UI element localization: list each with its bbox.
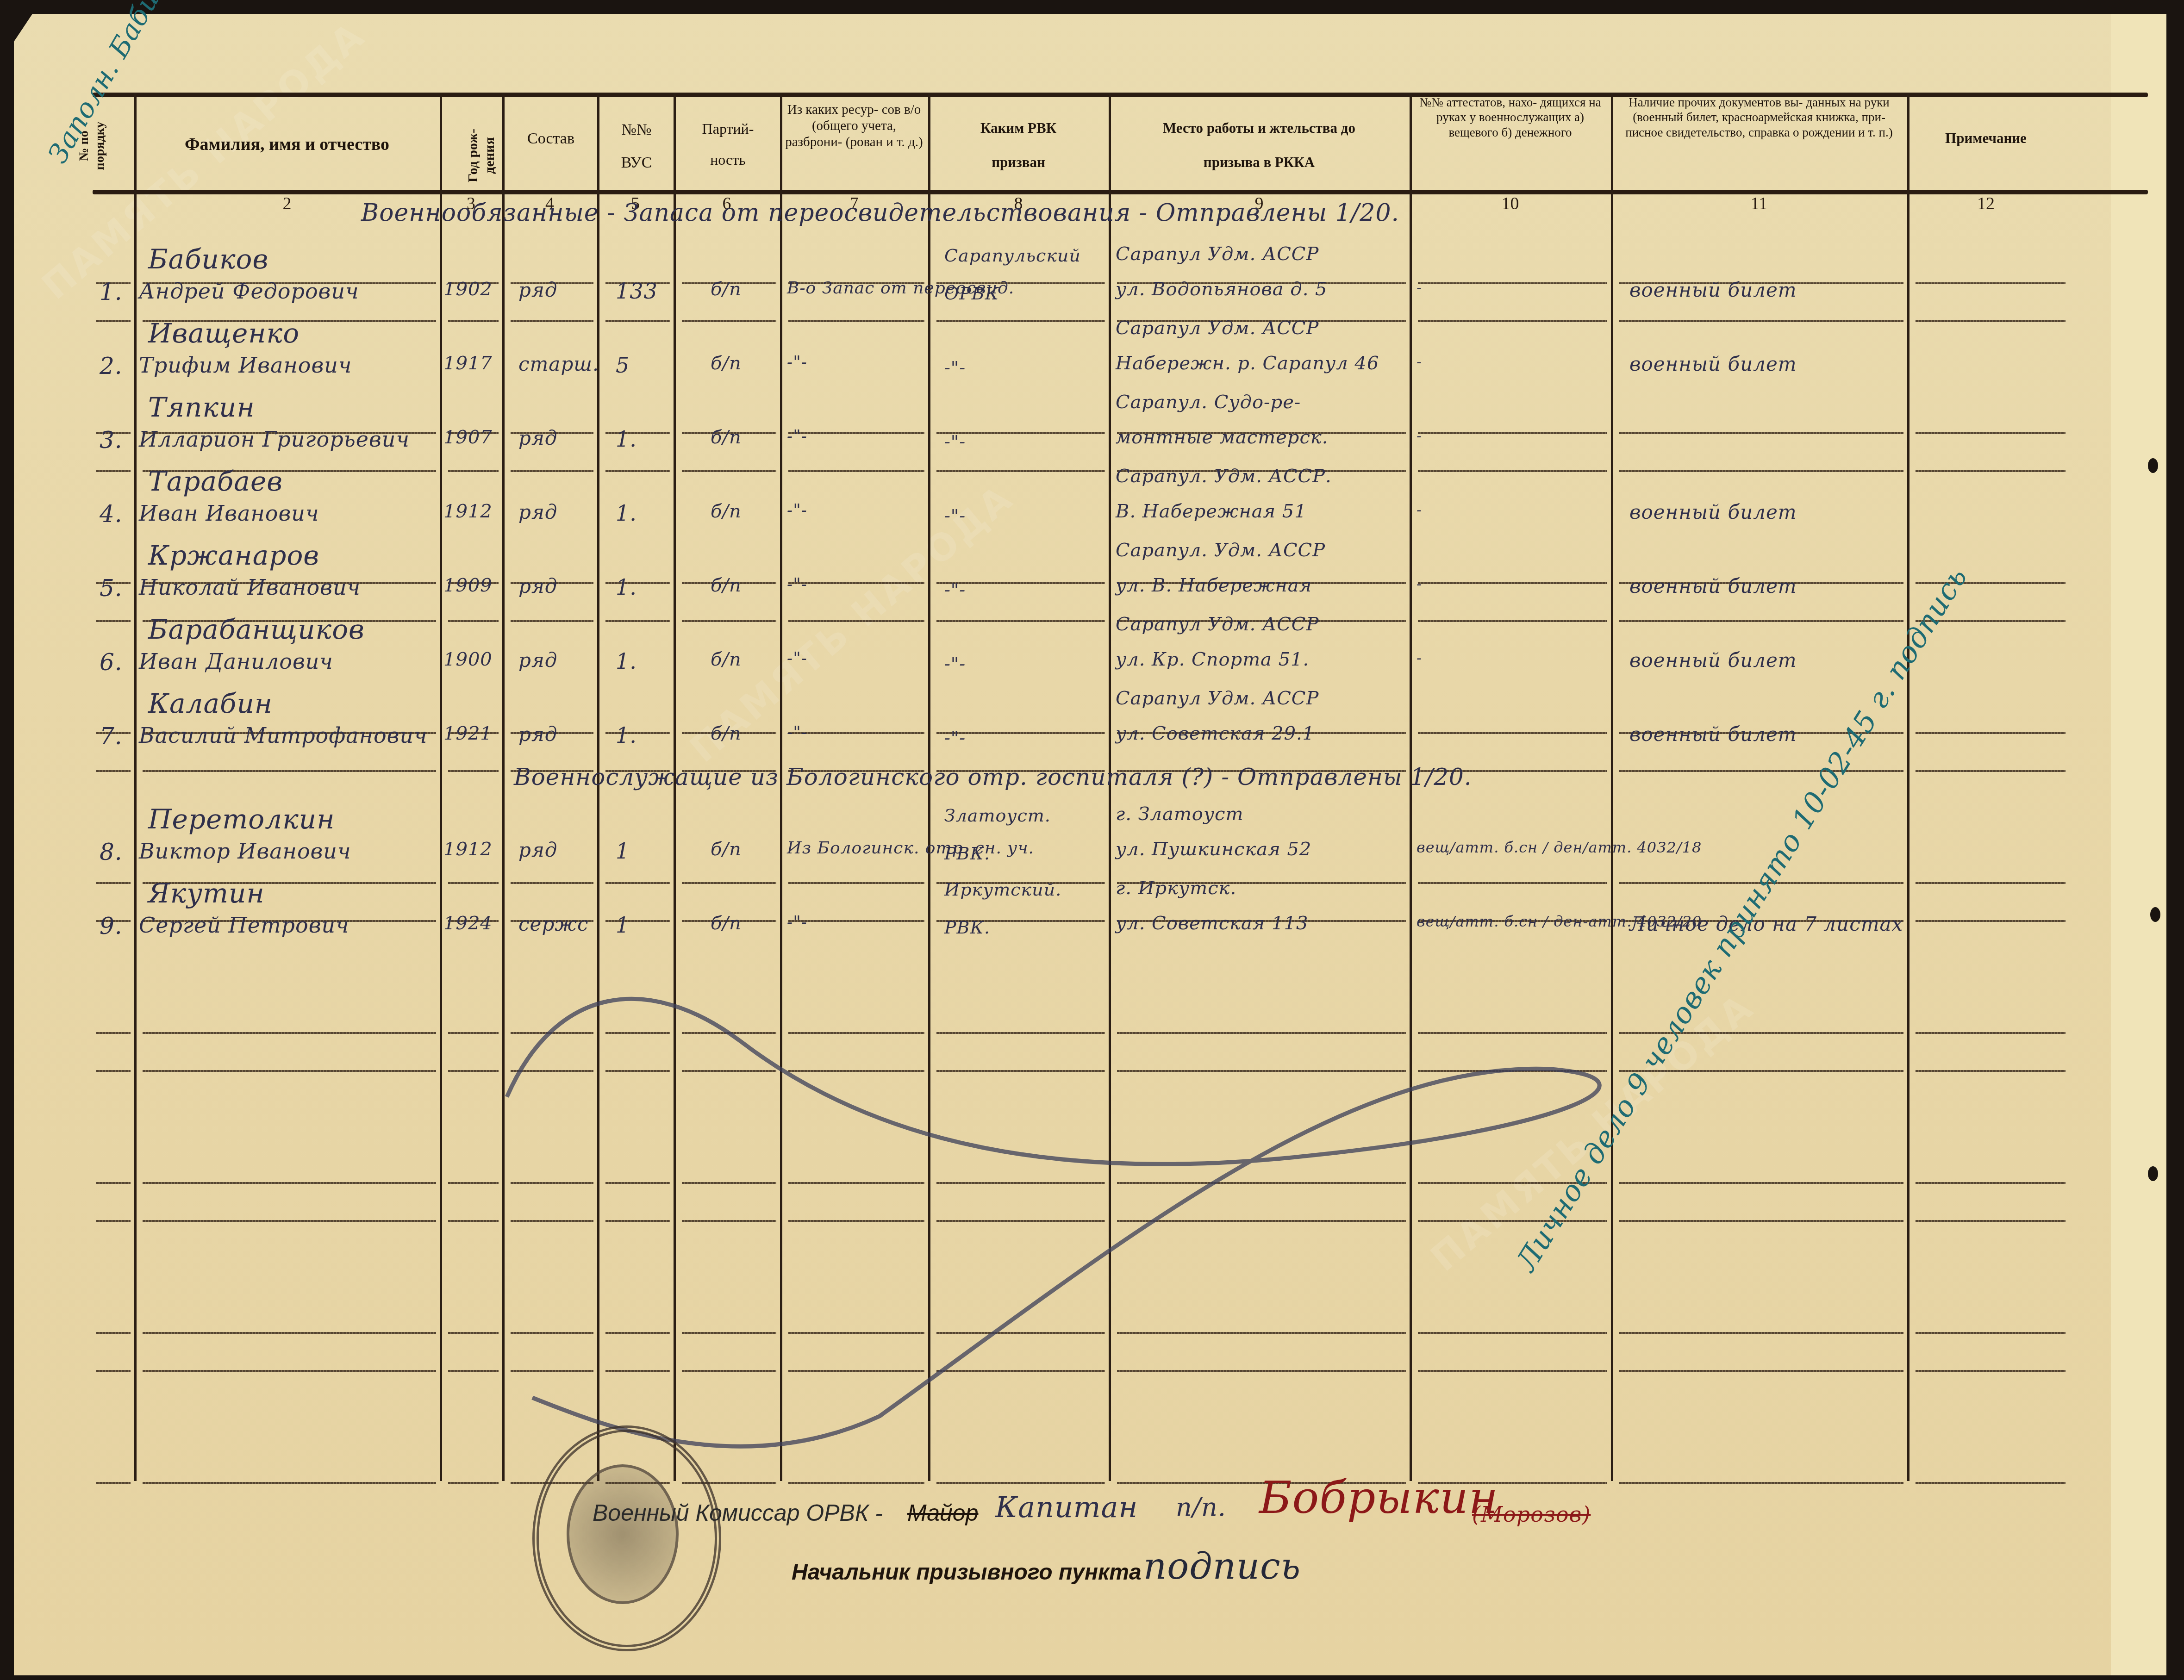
cell-sostav: ряд [518, 839, 557, 861]
ruled-line [605, 1182, 670, 1184]
cell-year: 1900 [443, 649, 493, 670]
section-heading-2: Военнослужащие из Бологинского отр. госп… [514, 764, 1472, 790]
cell-resource: -"- [787, 353, 807, 372]
ruled-line [1916, 282, 2065, 284]
cell-addr1: Сарапул. Удм. АССР. [1116, 466, 1332, 487]
ruled-line [1619, 620, 1903, 622]
cell-vus: 1. [616, 723, 637, 748]
cell-rvk: -"- [944, 505, 966, 526]
ruled-line [511, 620, 593, 622]
ruled-line [96, 1070, 131, 1072]
ruled-line [1418, 1332, 1607, 1334]
cell-name: Иван Данилович [139, 649, 333, 674]
point-chief-label: Начальник призывного пункта [792, 1560, 1142, 1585]
cell-no: 7. [100, 723, 123, 750]
cell-no: 8. [100, 839, 123, 865]
cell-vus: 133 [616, 279, 658, 304]
cell-party: б/п [711, 427, 742, 448]
col9-header: Место работы и жтельства допризыва в РКК… [1111, 111, 1407, 180]
ruled-line [682, 1220, 776, 1222]
rank-struck: Майор [907, 1500, 978, 1526]
ruled-line [1619, 432, 1903, 434]
ruled-line [1619, 1332, 1903, 1334]
ruled-line [1619, 1220, 1903, 1222]
ruled-line [448, 470, 499, 472]
cell-rvk: -"- [944, 357, 966, 378]
ruled-line [1117, 1070, 1406, 1072]
ruled-line [605, 582, 670, 584]
signature-note: п/п. [1176, 1493, 1226, 1522]
cell-rvk: РВК. [944, 843, 990, 864]
ruled-line [682, 882, 776, 884]
ruled-line [1117, 1370, 1406, 1372]
ruled-line [788, 882, 924, 884]
ruled-line [1418, 582, 1607, 584]
ruled-line [1619, 1182, 1903, 1184]
ruled-line [936, 320, 1105, 322]
cell-attest: - [1416, 353, 1422, 370]
cell-resource: Из Бологинск. отр. сн. уч. [787, 839, 1034, 858]
col6-header: Партий-ность [676, 113, 780, 175]
ruled-line [96, 470, 131, 472]
ruled-line [1916, 882, 2065, 884]
ruled-line [605, 320, 670, 322]
ruled-line [788, 1482, 924, 1484]
cell-year: 1921 [443, 723, 493, 744]
ruled-line [511, 1182, 593, 1184]
ruled-line [96, 770, 131, 772]
ruled-line [936, 1482, 1105, 1484]
ruled-line [448, 1332, 499, 1334]
ruled-line [143, 1332, 436, 1334]
col-number: 10 [1410, 193, 1611, 214]
cell-rvk: Сарапульский [944, 245, 1081, 266]
ruled-line [448, 1220, 499, 1222]
ruled-line [448, 882, 499, 884]
ruled-line [1916, 770, 2065, 772]
cell-party: б/п [711, 501, 742, 522]
cell-name: Василий Митрофанович [139, 723, 428, 748]
cell-addr2: ул. Кр. Спорта 51. [1116, 649, 1309, 670]
cell-docs: военный билет [1629, 649, 1797, 672]
ruled-line [96, 882, 131, 884]
cell-attest: - [1416, 501, 1422, 518]
cell-rvk: Иркутский. [944, 879, 1061, 900]
ruled-line [788, 1182, 924, 1184]
ruled-line [682, 1070, 776, 1072]
ruled-line [96, 1370, 131, 1372]
ruled-line [448, 1032, 499, 1034]
ruled-line [1117, 1220, 1406, 1222]
col8-header: Каким РВКпризван [930, 111, 1106, 180]
ruled-line [936, 1070, 1105, 1072]
ruled-line [511, 1070, 593, 1072]
ruled-line [1916, 432, 2065, 434]
cell-surname: Бабиков [148, 243, 268, 275]
cell-party: б/п [711, 649, 742, 670]
ruled-line [1916, 1032, 2065, 1034]
ruled-line [936, 1370, 1105, 1372]
ruled-line [788, 1332, 924, 1334]
cell-vus: 1. [616, 427, 637, 452]
cell-sostav: сержс [518, 913, 589, 935]
ruled-line [1619, 470, 1903, 472]
col5-header: №№ВУС [599, 113, 674, 180]
punch-hole [2148, 1166, 2158, 1181]
name-struck: (Морозов) [1472, 1502, 1591, 1527]
cell-year: 1907 [443, 427, 493, 448]
ruled-line [1418, 1370, 1607, 1372]
ruled-line [1916, 1182, 2065, 1184]
ruled-line [605, 732, 670, 734]
ruled-line [1916, 1070, 2065, 1072]
col3-header: Год рож-дения [465, 116, 498, 195]
cell-addr2: ул. Водопьянова д. 5 [1116, 279, 1328, 300]
ruled-line [682, 470, 776, 472]
cell-docs: военный билет [1629, 501, 1797, 523]
cell-attest: - [1416, 649, 1422, 666]
cell-vus: 1. [616, 649, 637, 674]
cell-year: 1912 [443, 839, 493, 860]
official-seal [532, 1425, 721, 1651]
cell-addr1: Сарапул. Удм. АССР [1116, 540, 1325, 561]
cell-rvk: -"- [944, 431, 966, 452]
cell-party: б/п [711, 575, 742, 596]
ruled-line [143, 1220, 436, 1222]
cell-no: 5. [100, 575, 123, 602]
ruled-line [1418, 432, 1607, 434]
cell-sostav: старш. [518, 353, 599, 375]
cell-resource: -"- [787, 501, 807, 520]
ruled-line [96, 320, 131, 322]
col-number: 11 [1611, 193, 1907, 214]
cell-addr1: Сарапул Удм. АССР [1116, 614, 1319, 635]
cell-sostav: ряд [518, 501, 557, 523]
ruled-line [1117, 1182, 1406, 1184]
cell-docs: военный билет [1629, 279, 1797, 301]
ruled-line [682, 320, 776, 322]
cell-surname: Тарабаев [148, 466, 283, 497]
rank-handwritten: Капитан [995, 1490, 1138, 1524]
cell-year: 1917 [443, 353, 493, 374]
ruled-line [1916, 1332, 2065, 1334]
ruled-line [936, 1032, 1105, 1034]
cell-year: 1909 [443, 575, 493, 596]
ruled-line [788, 470, 924, 472]
ruled-line [511, 882, 593, 884]
ruled-line [448, 1370, 499, 1372]
ruled-line [1418, 282, 1607, 284]
ruled-line [448, 1182, 499, 1184]
ruled-line [1916, 1370, 2065, 1372]
cell-year: 1902 [443, 279, 493, 300]
ruled-line [788, 1070, 924, 1072]
cell-surname: Якутин [148, 877, 265, 909]
ruled-line [605, 1332, 670, 1334]
ruled-line [511, 320, 593, 322]
ruled-line [1916, 920, 2065, 922]
ruled-line [143, 1370, 436, 1372]
ruled-line [1117, 1332, 1406, 1334]
ruled-line [1619, 770, 1903, 772]
cell-name: Иван Иванович [139, 501, 319, 526]
ruled-line [448, 770, 499, 772]
cell-addr1: Сарапул Удм. АССР [1116, 317, 1319, 339]
ruled-line [605, 1220, 670, 1222]
cell-addr1: Сарапул. Судо-ре- [1116, 392, 1301, 413]
cell-addr2: ул. Пушкинская 52 [1116, 839, 1311, 860]
cell-rvk: -"- [944, 579, 966, 600]
ruled-line [788, 620, 924, 622]
ruled-line [1418, 882, 1607, 884]
ruled-line [448, 1070, 499, 1072]
cell-year: 1924 [443, 913, 493, 934]
cell-name: Виктор Иванович [139, 839, 351, 864]
cell-addr2: В. Набережная 51 [1116, 501, 1307, 522]
cell-rvk: -"- [944, 728, 966, 748]
cell-sostav: ряд [518, 279, 557, 301]
cell-attest: - [1416, 427, 1422, 444]
ruled-line [936, 1220, 1105, 1222]
cell-vus: 1 [616, 839, 630, 864]
ruled-line [96, 620, 131, 622]
cell-rvk: РВК. [944, 917, 990, 938]
cell-resource: -"- [787, 427, 807, 446]
cell-addr2: ул. В. Набережная [1116, 575, 1312, 596]
col11-header: Наличие прочих документов вы- данных на … [1613, 95, 1905, 140]
cell-resource: -"- [787, 575, 807, 594]
cell-addr2: Набережн. р. Сарапул 46 [1116, 353, 1379, 374]
ruled-line [1418, 620, 1607, 622]
cell-vus: 1 [616, 913, 630, 938]
cell-rvk: -"- [944, 653, 966, 674]
ruled-line [1117, 1032, 1406, 1034]
ruled-line [682, 1032, 776, 1034]
cell-party: б/п [711, 279, 742, 300]
ruled-line [1916, 1220, 2065, 1222]
ruled-line [1619, 1482, 1903, 1484]
cell-docs: военный билет [1629, 353, 1797, 375]
punch-hole [2148, 458, 2158, 473]
cell-name: Николай Иванович [139, 575, 361, 600]
cell-party: б/п [711, 353, 742, 374]
ruled-line [1916, 732, 2065, 734]
ruled-line [788, 920, 924, 922]
cell-sostav: ряд [518, 649, 557, 672]
ruled-line [936, 1182, 1105, 1184]
cell-year: 1912 [443, 501, 493, 522]
ruled-line [682, 1182, 776, 1184]
commissar-label: Военный Комиссар ОРВК - [593, 1500, 883, 1526]
ruled-line [682, 1370, 776, 1372]
ruled-line [96, 1220, 131, 1222]
cell-docs: военный билет [1629, 723, 1797, 746]
ruled-line [1619, 1370, 1903, 1372]
cell-vus: 5 [616, 353, 630, 378]
cell-surname: Иващенко [148, 317, 300, 349]
cell-no: 1. [100, 279, 123, 305]
ruled-line [96, 1332, 131, 1334]
ruled-line [605, 882, 670, 884]
ruled-line [605, 1032, 670, 1034]
ruled-line [143, 1070, 436, 1072]
col10-header: №№ аттестатов, нахо- дящихся на руках у … [1412, 95, 1609, 140]
cell-name: Андрей Федорович [139, 279, 359, 304]
ruled-line [682, 1332, 776, 1334]
cell-no: 6. [100, 649, 123, 676]
ruled-line [936, 1332, 1105, 1334]
cell-addr1: Сарапул Удм. АССР [1116, 243, 1319, 265]
cell-attest: вещ/атт. б.сн / ден/атт. 4032/18 [1416, 839, 1702, 856]
page-edge [2111, 14, 2166, 1675]
cell-no: 2. [100, 353, 123, 380]
cell-surname: Барабанщиков [148, 614, 365, 645]
ruled-line [143, 1032, 436, 1034]
cell-surname: Перетолкин [148, 803, 335, 835]
cell-surname: Тяпкин [148, 392, 255, 423]
cell-sostav: ряд [518, 427, 557, 449]
cell-no: 4. [100, 501, 123, 528]
ruled-line [788, 732, 924, 734]
col7-header: Из каких ресур- сов в/о (общего учета, р… [785, 102, 924, 150]
ruled-line [788, 1370, 924, 1372]
cell-party: б/п [711, 913, 742, 934]
cell-rvk: Златоуст. [944, 805, 1051, 826]
ruled-line [788, 320, 924, 322]
ruled-line [96, 1182, 131, 1184]
ruled-line [143, 1182, 436, 1184]
punch-hole [2150, 907, 2160, 922]
ruled-line [1418, 1032, 1607, 1034]
cell-resource: -"- [787, 913, 807, 932]
ruled-line [511, 470, 593, 472]
ruled-line [143, 770, 436, 772]
ruled-line [605, 620, 670, 622]
cell-no: 9. [100, 913, 123, 940]
ruled-line [788, 582, 924, 584]
cell-vus: 1. [616, 501, 637, 526]
cell-addr1: г. Златоуст [1116, 803, 1243, 825]
cell-resource: -"- [787, 723, 807, 742]
ruled-line [788, 1220, 924, 1222]
ruled-line [448, 620, 499, 622]
section-heading-1: Военнообязанные - Запаса от переосвидете… [361, 199, 1399, 227]
cell-rvk: ОРВК [944, 283, 999, 304]
cell-addr2: ул. Советская 29.1 [1116, 723, 1315, 744]
cell-attest: - [1416, 279, 1422, 296]
ruled-line [682, 620, 776, 622]
ruled-line [788, 432, 924, 434]
commissar-signature: Бобрыкин [1259, 1472, 1498, 1524]
cell-party: б/п [711, 723, 742, 744]
cell-name: Сергей Петрович [139, 913, 349, 938]
ruled-line [511, 1032, 593, 1034]
cell-resource: -"- [787, 649, 807, 668]
ruled-line [605, 1070, 670, 1072]
col4-header: Состав [505, 130, 597, 149]
ruled-line [1916, 1482, 2065, 1484]
ruled-line [511, 1370, 593, 1372]
ruled-line [1418, 470, 1607, 472]
ruled-line [511, 1332, 593, 1334]
ruled-line [143, 1482, 436, 1484]
ruled-line [788, 1032, 924, 1034]
cell-addr1: Сарапул Удм. АССР [1116, 688, 1319, 709]
ruled-line [605, 432, 670, 434]
cell-addr1: г. Иркутск. [1116, 877, 1236, 899]
cell-no: 3. [100, 427, 123, 454]
ruled-line [96, 1032, 131, 1034]
cell-surname: Кржанаров [148, 540, 319, 571]
ruled-line [448, 1482, 499, 1484]
ruled-line [448, 320, 499, 322]
cell-addr2: ул. Советская 113 [1116, 913, 1308, 934]
cell-attest: - [1416, 575, 1422, 592]
col12-header: Примечание [1909, 130, 2062, 147]
ruled-line [1418, 1220, 1607, 1222]
cell-party: б/п [711, 839, 742, 860]
ruled-line [605, 920, 670, 922]
cell-vus: 1. [616, 575, 637, 600]
ruled-line [936, 620, 1105, 622]
cell-name: Трифим Иванович [139, 353, 352, 378]
ruled-line [605, 1370, 670, 1372]
ruled-line [1916, 320, 2065, 322]
cell-name: Илларион Григорьевич [139, 427, 410, 452]
cell-sostav: ряд [518, 723, 557, 746]
cell-addr2: монтные мастерск. [1116, 427, 1328, 448]
cell-sostav: ряд [518, 575, 557, 597]
ruled-line [1418, 1070, 1607, 1072]
ruled-line [1916, 470, 2065, 472]
col2-header: Фамилия, имя и отчество [139, 134, 435, 156]
ruled-line [605, 470, 670, 472]
ruled-line [511, 1220, 593, 1222]
ruled-line [1418, 320, 1607, 322]
ruled-line [1619, 320, 1903, 322]
cell-docs: Личное дело на 7 листах [1629, 913, 1903, 935]
col-number: 12 [1907, 193, 2065, 214]
cell-surname: Калабин [148, 688, 273, 719]
ruled-line [96, 1482, 131, 1484]
ruled-line [936, 470, 1105, 472]
cell-docs: военный билет [1629, 575, 1797, 597]
ruled-line [1418, 732, 1607, 734]
point-chief-signature: подпись [1143, 1546, 1301, 1587]
